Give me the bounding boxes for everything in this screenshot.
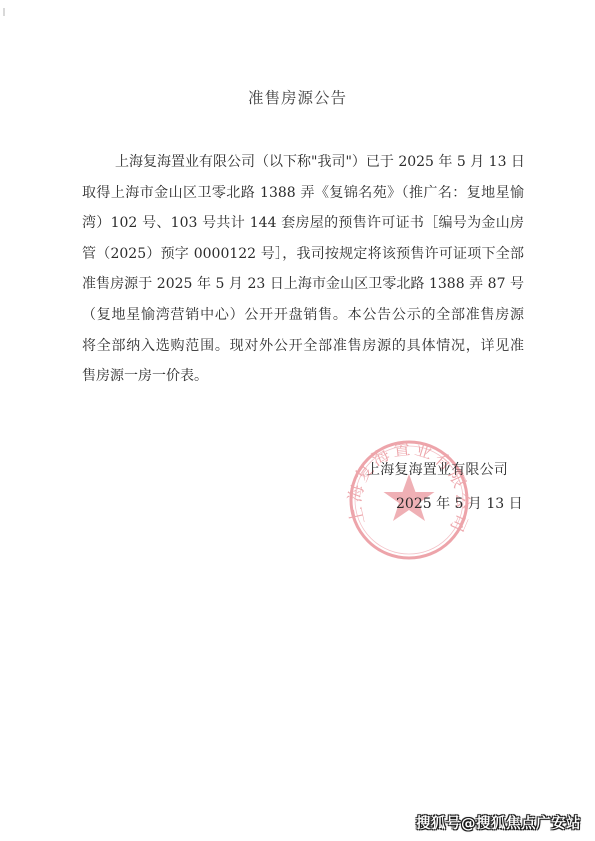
signature-company: 上海复海置业有限公司 — [366, 459, 526, 479]
body-line: 准售房源于 2025 年 5 月 23 日上海市金山区卫零北路 1388 弄 8… — [82, 269, 524, 300]
source-watermark: 搜狐号@搜狐焦点广安站 — [416, 812, 581, 833]
signature-date: 2025 年 5 月 13 日 — [366, 493, 526, 513]
scan-artifact — [3, 8, 5, 16]
body-line: 湾）102 号、103 号共计 144 套房屋的预售许可证书［编号为金山房 — [82, 208, 524, 239]
document-title: 准售房源公告 — [0, 86, 595, 108]
document-page: 准售房源公告 上海复海置业有限公司（以下称"我司"）已于 2025 年 5 月 … — [0, 0, 595, 841]
body-line: 将全部纳入选购范围。现对外公开全部准售房源的具体情况，详见准 — [82, 331, 524, 362]
body-line: 取得上海市金山区卫零北路 1388 弄《复锦名苑》（推广名：复地星愉 — [82, 178, 524, 209]
body-line: 售房源一房一价表。 — [82, 361, 524, 392]
announcement-body: 上海复海置业有限公司（以下称"我司"）已于 2025 年 5 月 13 日 取得… — [82, 147, 524, 392]
signature-block: 上海复海置业有限公司 2025 年 5 月 13 日 — [366, 459, 526, 513]
body-line: 管（2025）预字 0000122 号］，我司按规定将该预售许可证项下全部 — [82, 239, 524, 270]
body-line: 上海复海置业有限公司（以下称"我司"）已于 2025 年 5 月 13 日 — [82, 147, 524, 178]
body-line: （复地星愉湾营销中心）公开开盘销售。本公告公示的全部准售房源 — [82, 300, 524, 331]
